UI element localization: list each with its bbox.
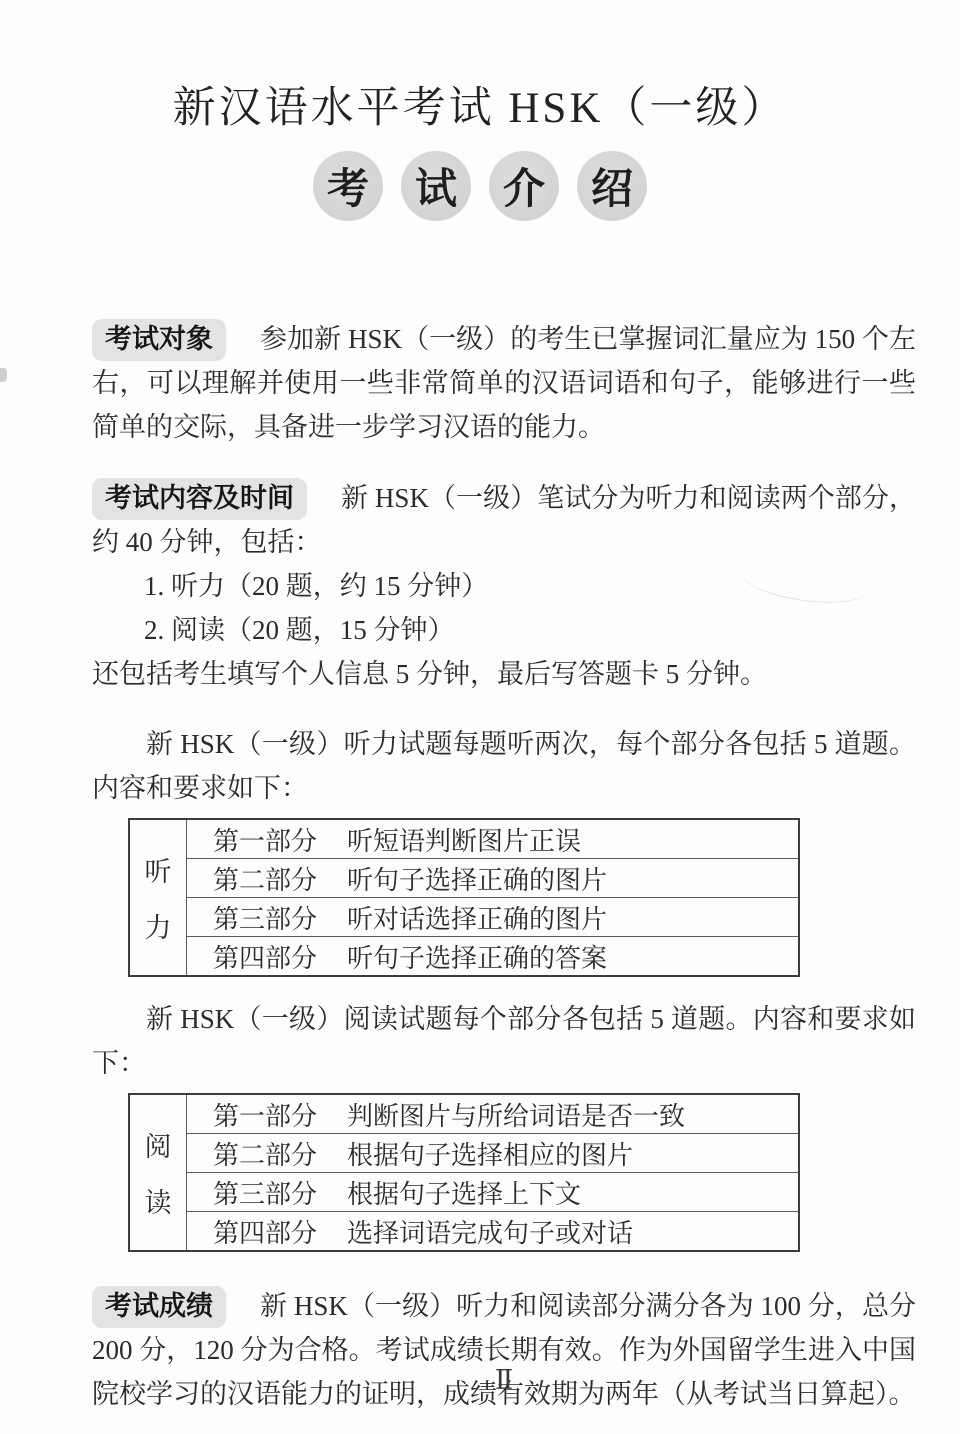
category-char: 力 (145, 906, 172, 945)
scan-artifact (0, 368, 7, 382)
table-row: 第一部分 判断图片与所给词语是否一致 (187, 1095, 798, 1134)
section-label-exam-score: 考试成绩 (92, 1286, 226, 1328)
page-title: 新汉语水平考试 HSK（一级） (0, 0, 960, 135)
table-part-desc: 根据句子选择上下文 (347, 1174, 581, 1211)
subtitle-exam-intro: 考 试 介 绍 (0, 151, 960, 221)
section-exam-score: 考试成绩新 HSK（一级）听力和阅读部分满分各为 100 分，总分 200 分，… (92, 1284, 916, 1416)
document-page: 新汉语水平考试 HSK（一级） 考 试 介 绍 考试对象参加新 HSK（一级）的… (0, 0, 960, 1434)
reading-table-category: 阅 读 (130, 1095, 187, 1250)
table-part-label: 第二部分 (213, 1135, 317, 1172)
reading-table: 阅 读 第一部分 判断图片与所给词语是否一致 第二部分 根据句子选择相应的图片 … (128, 1093, 800, 1252)
table-part-label: 第四部分 (213, 1213, 317, 1250)
table-part-desc: 听对话选择正确的图片 (347, 899, 607, 936)
listening-intro: 新 HSK（一级）听力试题每题听两次，每个部分各包括 5 道题。内容和要求如下： (92, 722, 916, 810)
subtitle-char-circle: 考 (313, 151, 383, 221)
category-char: 读 (145, 1181, 172, 1220)
table-part-label: 第四部分 (213, 938, 317, 975)
table-part-desc: 选择词语完成句子或对话 (347, 1213, 633, 1250)
table-row: 第三部分 根据句子选择上下文 (187, 1173, 798, 1212)
listening-table: 听 力 第一部分 听短语判断图片正误 第二部分 听句子选择正确的图片 第三部分 … (128, 818, 800, 977)
table-part-label: 第三部分 (213, 899, 317, 936)
table-row: 第二部分 根据句子选择相应的图片 (187, 1134, 798, 1173)
page-body: 考试对象参加新 HSK（一级）的考生已掌握词汇量应为 150 个左右，可以理解并… (92, 317, 916, 1416)
list-item-reading: 2. 阅读（20 题，15 分钟） (92, 608, 916, 652)
category-char: 听 (145, 850, 172, 889)
category-char: 阅 (145, 1125, 172, 1164)
table-part-label: 第一部分 (213, 821, 317, 858)
table-part-label: 第三部分 (213, 1174, 317, 1211)
section-label-content-time: 考试内容及时间 (92, 478, 307, 520)
listening-table-category: 听 力 (130, 820, 187, 975)
section-exam-target: 考试对象参加新 HSK（一级）的考生已掌握词汇量应为 150 个左右，可以理解并… (92, 317, 916, 449)
page-number: Ⅱ (92, 1365, 916, 1396)
table-row: 第三部分 听对话选择正确的图片 (187, 898, 798, 937)
table-part-desc: 根据句子选择相应的图片 (347, 1135, 633, 1172)
table-row: 第一部分 听短语判断图片正误 (187, 820, 798, 859)
table-part-label: 第一部分 (213, 1096, 317, 1133)
listening-table-rows: 第一部分 听短语判断图片正误 第二部分 听句子选择正确的图片 第三部分 听对话选… (187, 820, 798, 975)
subtitle-char: 绍 (591, 156, 633, 216)
reading-table-rows: 第一部分 判断图片与所给词语是否一致 第二部分 根据句子选择相应的图片 第三部分… (187, 1095, 798, 1250)
table-row: 第四部分 听句子选择正确的答案 (187, 937, 798, 975)
subtitle-char: 试 (415, 156, 457, 216)
table-part-desc: 判断图片与所给词语是否一致 (347, 1096, 685, 1133)
subtitle-char: 考 (327, 156, 369, 216)
subtitle-char-circle: 试 (401, 151, 471, 221)
subtitle-char-circle: 绍 (577, 151, 647, 221)
table-part-desc: 听句子选择正确的答案 (347, 938, 607, 975)
section-note: 还包括考生填写个人信息 5 分钟，最后写答题卡 5 分钟。 (92, 652, 916, 696)
section-paragraph: 考试内容及时间新 HSK（一级）笔试分为听力和阅读两个部分，约 40 分钟，包括… (92, 476, 916, 564)
subtitle-char: 介 (503, 156, 545, 216)
subtitle-char-circle: 介 (489, 151, 559, 221)
table-part-label: 第二部分 (213, 860, 317, 897)
reading-intro: 新 HSK（一级）阅读试题每个部分各包括 5 道题。内容和要求如下： (92, 997, 916, 1085)
table-row: 第四部分 选择词语完成句子或对话 (187, 1212, 798, 1250)
table-part-desc: 听句子选择正确的图片 (347, 860, 607, 897)
table-row: 第二部分 听句子选择正确的图片 (187, 859, 798, 898)
table-part-desc: 听短语判断图片正误 (347, 821, 581, 858)
section-label-exam-target: 考试对象 (92, 319, 226, 361)
